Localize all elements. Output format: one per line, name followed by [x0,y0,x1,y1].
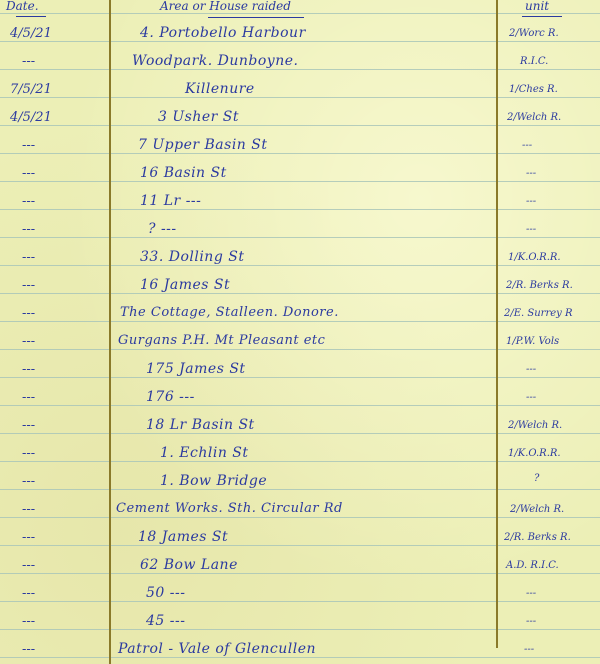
row-unit: 2/Welch R. [510,505,564,515]
row-area: ? --- [148,222,177,236]
row-unit: --- [522,141,532,151]
ledger-row: --- 16 Basin St --- [0,164,600,191]
row-unit: 2/R. Berks R. [504,533,571,543]
row-date: --- [22,559,35,572]
row-area: The Cottage, Stalleen. Donore. [120,306,339,319]
row-date: --- [22,447,35,460]
row-area: 16 Basin St [140,166,227,180]
row-date: --- [22,531,35,544]
row-area: Patrol - Vale of Glencullen [118,642,316,656]
header-unit-underline [522,16,562,17]
ledger-row: --- 175 James St --- [0,360,600,387]
row-area: 16 James St [140,278,230,292]
row-unit: 1/K.O.R.R. [508,253,561,263]
row-date: 4/5/21 [10,111,52,124]
ledger-row: --- ? --- --- [0,220,600,247]
row-unit: --- [526,169,536,179]
row-date: --- [22,223,35,236]
ledger-row: --- 50 --- --- [0,584,600,611]
row-unit: ? [534,474,539,484]
row-date: --- [22,363,35,376]
row-date: --- [22,475,35,488]
row-unit: 2/E. Surrey R [504,309,573,319]
row-unit: --- [524,645,534,655]
row-area: 3 Usher St [158,110,239,124]
row-date: --- [22,503,35,516]
header-area: Area or House raided [160,0,291,12]
row-area: Killenure [185,82,255,96]
row-area: 45 --- [146,614,185,628]
row-unit: R.I.C. [520,57,548,67]
ledger-row: --- 176 --- --- [0,388,600,415]
ledger-row: --- 16 James St 2/R. Berks R. [0,276,600,303]
row-unit: --- [526,225,536,235]
ledger-row: --- 11 Lr --- --- [0,192,600,219]
header-unit: unit [525,0,549,12]
row-unit: 2/Welch R. [508,421,562,431]
ledger-row: 4/5/21 4. Portobello Harbour 2/Worc R. [0,24,600,51]
row-date: --- [22,279,35,292]
row-area: 7 Upper Basin St [138,138,268,152]
ledger-row: --- Gurgans P.H. Mt Pleasant etc 1/P.W. … [0,332,600,359]
row-area: 62 Bow Lane [140,558,238,572]
ledger-row: --- 7 Upper Basin St --- [0,136,600,163]
ledger-row: --- Cement Works. Sth. Circular Rd 2/Wel… [0,500,600,527]
row-area: 176 --- [146,390,195,404]
ledger-row: --- 62 Bow Lane A.D. R.I.C. [0,556,600,583]
ledger-row: --- 1. Bow Bridge ? [0,472,600,499]
ledger-row: 7/5/21 Killenure 1/Ches R. [0,80,600,107]
row-date: --- [22,643,35,656]
ledger-row: --- 1. Echlin St 1/K.O.R.R. [0,444,600,471]
ledger-row: --- 45 --- --- [0,612,600,639]
row-area: 1. Bow Bridge [160,474,267,488]
row-area: 175 James St [146,362,246,376]
row-area: 18 Lr Basin St [146,418,255,432]
ledger-row: --- Patrol - Vale of Glencullen --- [0,640,600,664]
ledger-row: --- 33. Dolling St 1/K.O.R.R. [0,248,600,275]
row-unit: --- [526,365,536,375]
ledger-row: --- 18 Lr Basin St 2/Welch R. [0,416,600,443]
row-area: 1. Echlin St [160,446,249,460]
row-unit: 2/R. Berks R. [506,281,573,291]
row-date: --- [22,195,35,208]
row-date: --- [22,335,35,348]
row-unit: --- [526,589,536,599]
row-area: 11 Lr --- [140,194,201,208]
row-date: --- [22,167,35,180]
row-area: 33. Dolling St [140,250,244,264]
header-date-underline [16,16,46,17]
row-unit: --- [526,393,536,403]
row-area: 4. Portobello Harbour [140,26,306,40]
row-unit: 2/Worc R. [509,29,559,39]
row-date: 4/5/21 [10,27,52,40]
header-area-underline [208,17,304,18]
header-date: Date. [6,0,39,12]
ledger-row: 4/5/21 3 Usher St 2/Welch R. [0,108,600,135]
row-unit: 2/Welch R. [507,113,561,123]
row-area: Cement Works. Sth. Circular Rd [116,502,343,515]
ledger-page: Date. Area or House raided unit 4/5/21 4… [0,0,600,664]
row-area: Gurgans P.H. Mt Pleasant etc [118,334,325,347]
row-date: --- [22,419,35,432]
row-date: --- [22,307,35,320]
row-date: --- [22,251,35,264]
row-unit: 1/P.W. Vols [506,337,559,347]
row-date: --- [22,615,35,628]
row-area: 50 --- [146,586,185,600]
row-date: --- [22,587,35,600]
row-unit: 1/K.O.R.R. [508,449,561,459]
row-unit: --- [526,617,536,627]
ledger-row: --- Woodpark. Dunboyne. R.I.C. [0,52,600,79]
row-date: --- [22,55,35,68]
row-date: --- [22,391,35,404]
row-unit: --- [526,197,536,207]
row-area: 18 James St [138,530,228,544]
row-area: Woodpark. Dunboyne. [132,54,298,68]
ledger-row: --- 18 James St 2/R. Berks R. [0,528,600,555]
ledger-row: --- The Cottage, Stalleen. Donore. 2/E. … [0,304,600,331]
row-unit: 1/Ches R. [509,85,558,95]
ruled-line [0,13,600,14]
row-date: 7/5/21 [10,83,52,96]
row-date: --- [22,139,35,152]
row-unit: A.D. R.I.C. [506,561,559,571]
